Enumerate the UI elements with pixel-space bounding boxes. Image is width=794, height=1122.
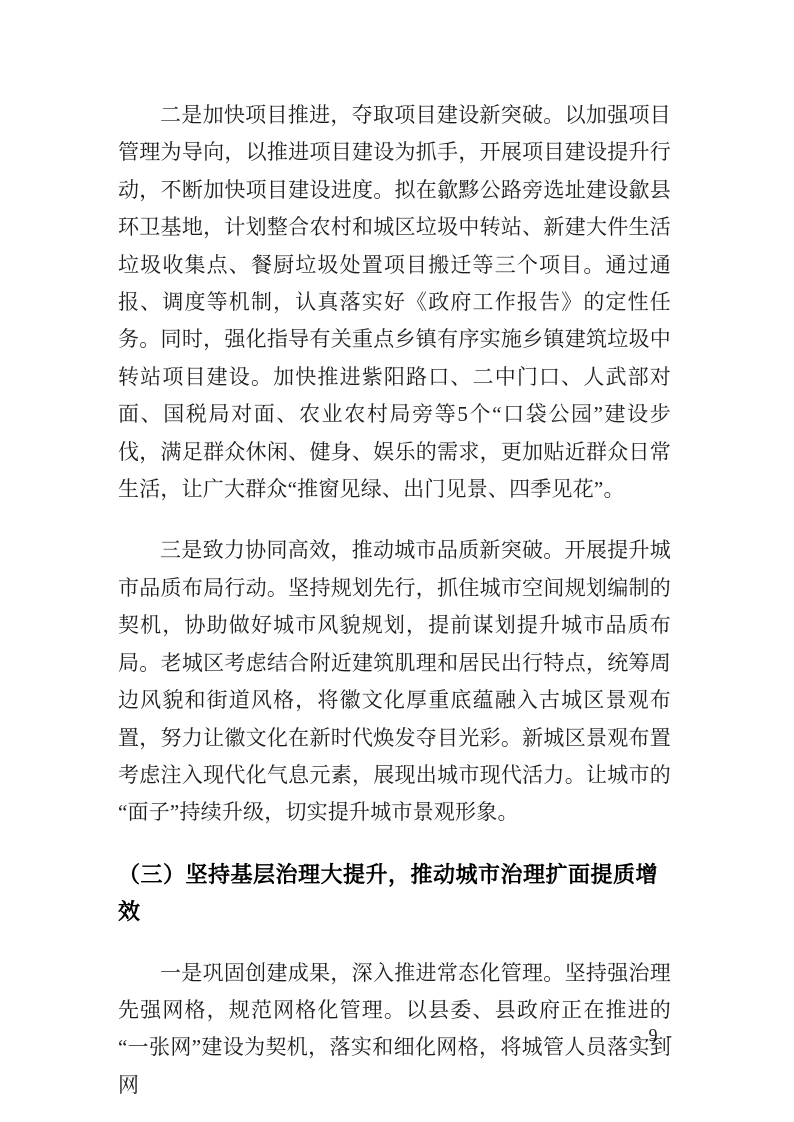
paragraph-city-quality: 三是致力协同高效，推动城市品质新突破。开展提升城市品质布局行动。坚持规划先行，抓… — [118, 532, 671, 831]
document-page: 二是加快项目推进，夺取项目建设新突破。以加强项目管理为导向，以推进项目建设为抓手… — [0, 0, 794, 1122]
document-body: 二是加快项目推进，夺取项目建设新突破。以加强项目管理为导向，以推进项目建设为抓手… — [118, 97, 671, 1122]
page-number: - 9 - — [634, 1024, 674, 1046]
paragraph-project-advancement: 二是加快项目推进，夺取项目建设新突破。以加强项目管理为导向，以推进项目建设为抓手… — [118, 97, 671, 508]
paragraph-grid-management: 一是巩固创建成果，深入推进常态化管理。坚持强治理先强网格，规范网格化管理。以县委… — [118, 955, 671, 1105]
section-heading-grassroots-governance: （三）坚持基层治理大提升，推动城市治理扩面提质增效 — [118, 856, 671, 931]
